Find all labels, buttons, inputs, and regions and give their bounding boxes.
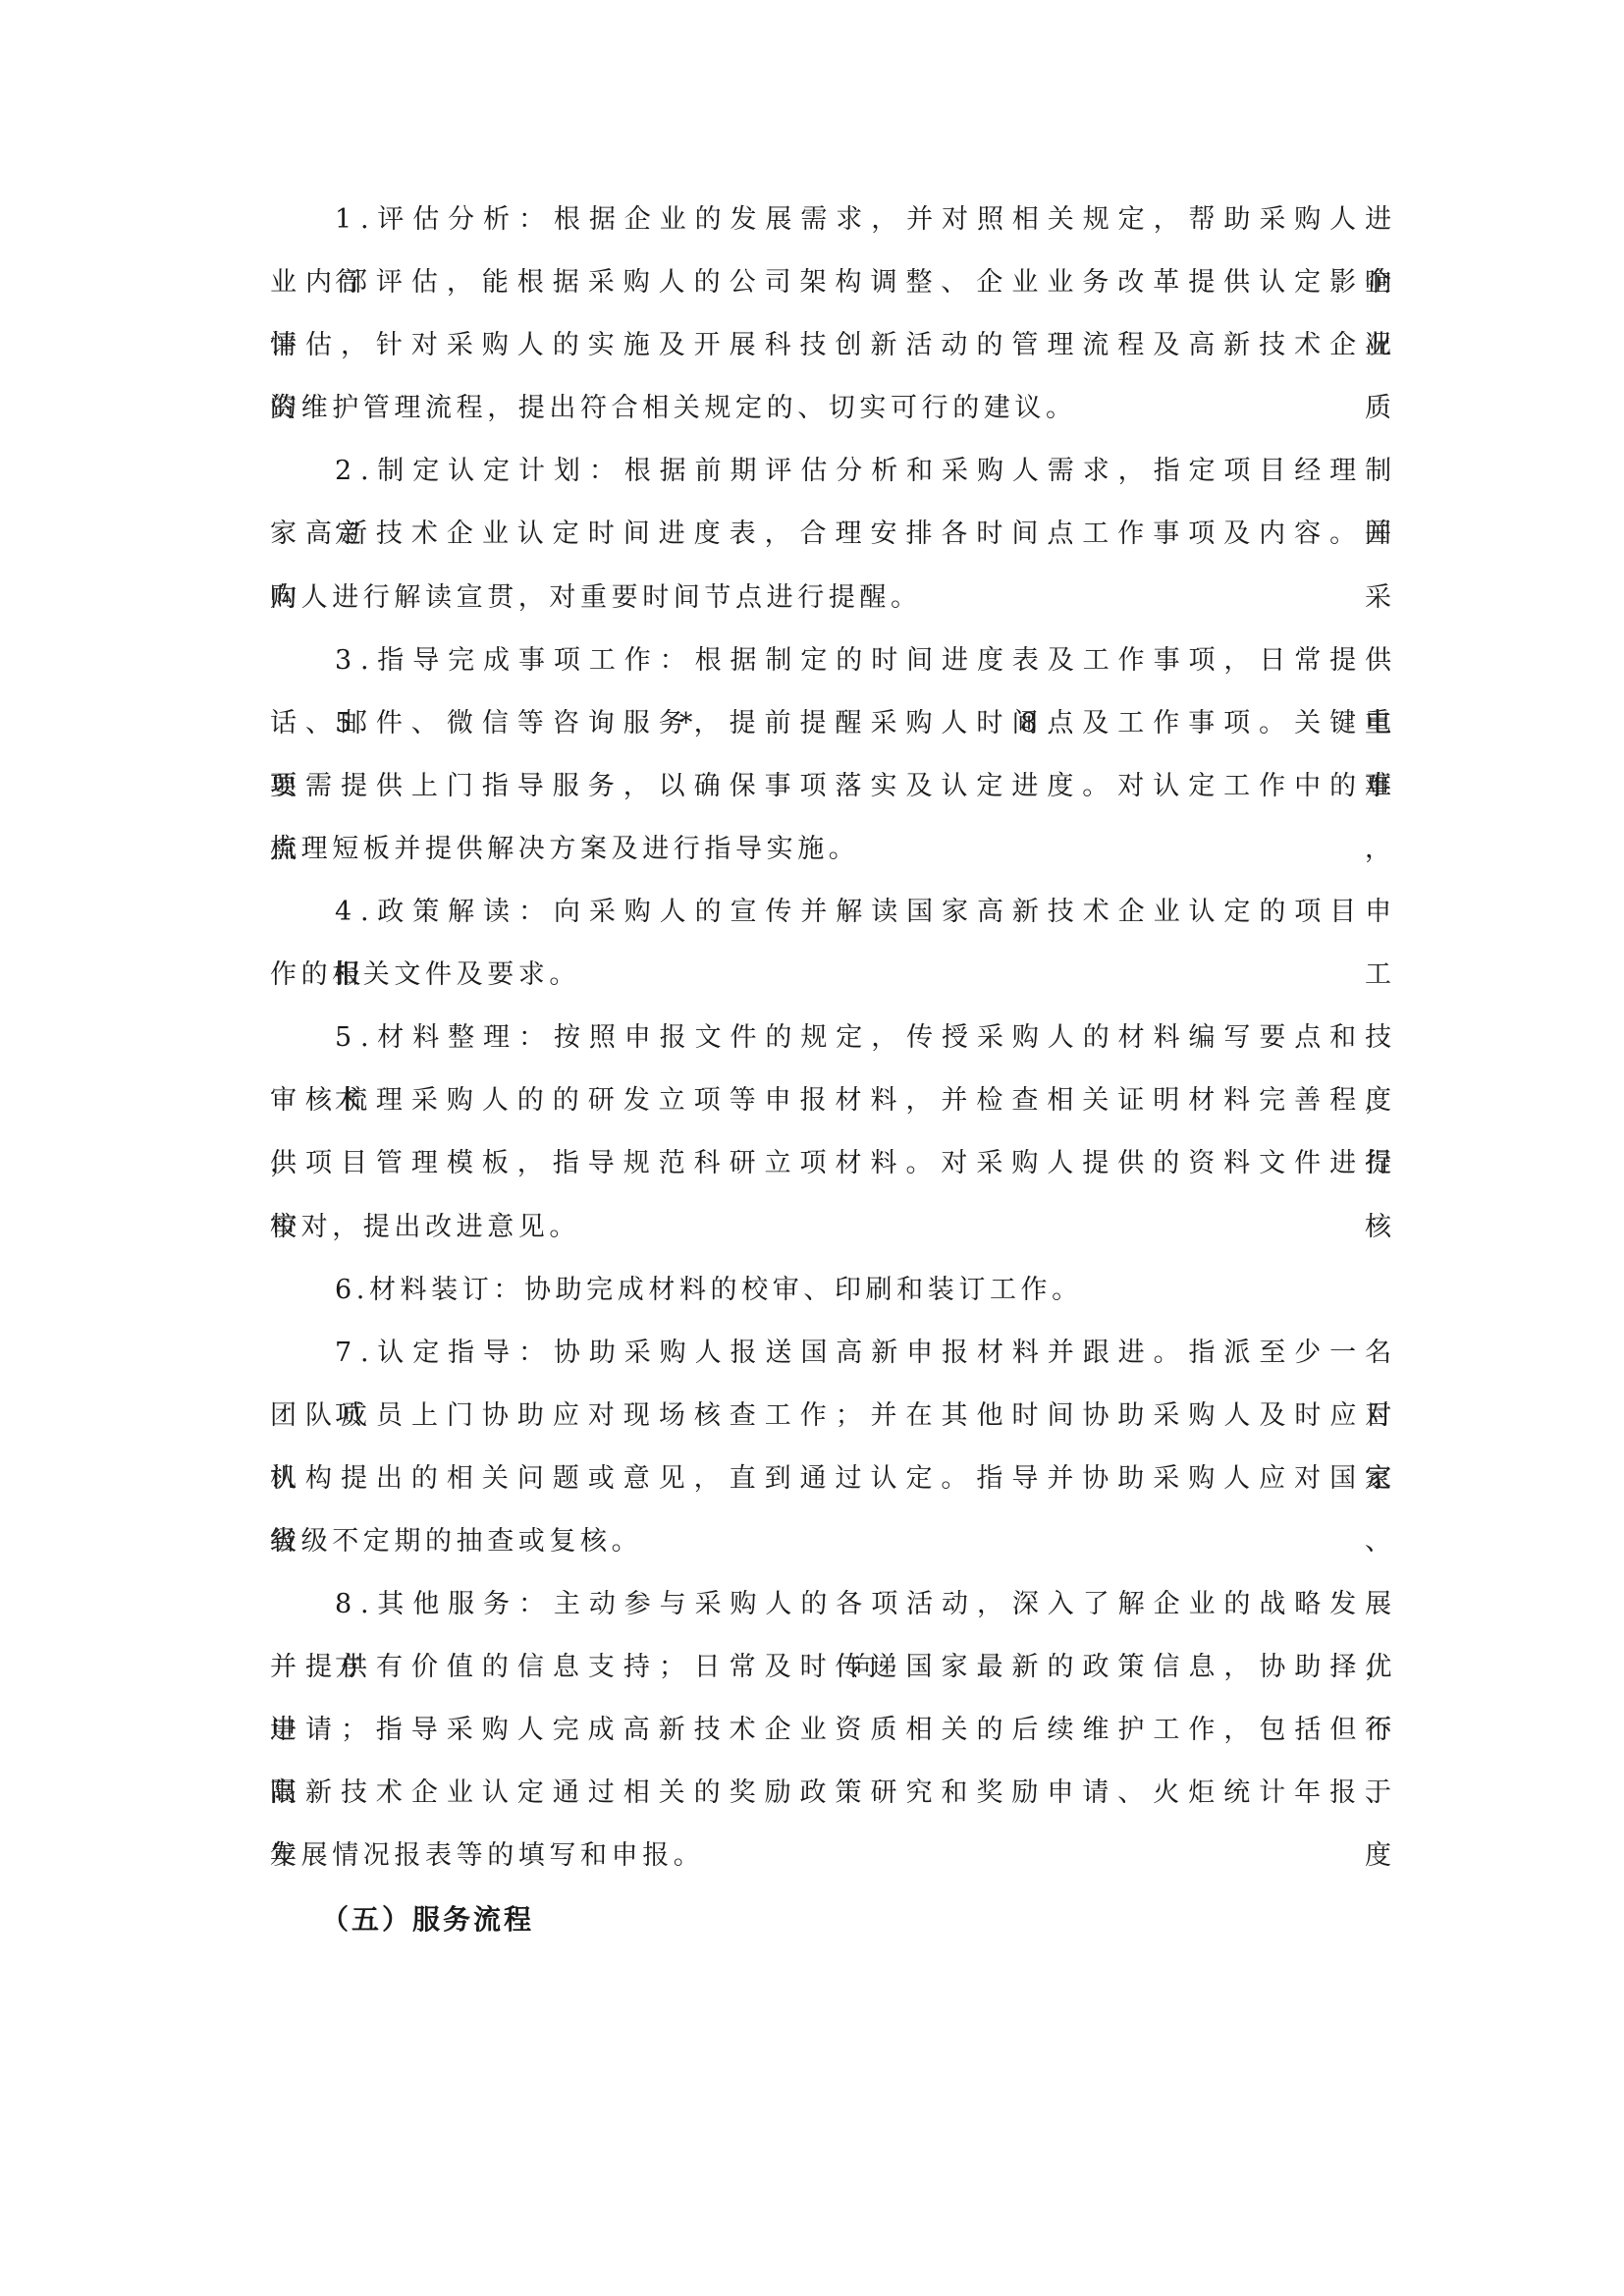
paragraph-line: 6.材料装订：协助完成材料的校审、印刷和装订工作。 (270, 1259, 1391, 1322)
paragraph-line: 申 请 ； 指 导 采 购 人 完 成 高 新 技 术 企 业 资 质 相 关 … (270, 1699, 1391, 1762)
paragraph-2-certification-plan: 2 . 制 定 认 定 计 划 ： 根 据 前 期 评 估 分 析 和 采 购 … (270, 440, 1391, 629)
document-page: 1 . 评 估 分 析 ： 根 据 企 业 的 发 展 需 求 ， 并 对 照 … (0, 0, 1624, 2296)
paragraph-4-policy-interpretation: 4 . 政 策 解 读 ： 向 采 购 人 的 宣 传 并 解 读 国 家 高 … (270, 881, 1391, 1007)
paragraph-line: 8 . 其 他 服 务 ： 主 动 参 与 采 购 人 的 各 项 活 动 ， … (270, 1573, 1391, 1636)
paragraph-line: 5 . 材 料 整 理 ： 按 照 申 报 文 件 的 规 定 ， 传 授 采 … (270, 1007, 1391, 1069)
document-body: 1 . 评 估 分 析 ： 根 据 企 业 的 发 展 需 求 ， 并 对 照 … (270, 189, 1391, 1951)
paragraph-1-evaluation-analysis: 1 . 评 估 分 析 ： 根 据 企 业 的 发 展 需 求 ， 并 对 照 … (270, 189, 1391, 440)
paragraph-7-certification-guidance: 7 . 认 定 指 导 ： 协 助 采 购 人 报 送 国 高 新 申 报 材 … (270, 1322, 1391, 1573)
paragraph-line: 家 高 新 技 术 企 业 认 定 时 间 进 度 表 ， 合 理 安 排 各 … (270, 503, 1391, 566)
paragraph-line: 审 核 梳 理 采 购 人 的 的 研 发 立 项 等 申 报 材 料 ， 并 … (270, 1069, 1391, 1132)
paragraph-line: 业 内 部 评 估 ， 能 根 据 采 购 人 的 公 司 架 构 调 整 、 … (270, 251, 1391, 314)
paragraph-5-material-preparation: 5 . 材 料 整 理 ： 按 照 申 报 文 件 的 规 定 ， 传 授 采 … (270, 1007, 1391, 1258)
paragraph-8-other-services: 8 . 其 他 服 务 ： 主 动 参 与 采 购 人 的 各 项 活 动 ， … (270, 1573, 1391, 1887)
paragraph-line: 项 需 提 供 上 门 指 导 服 务 ， 以 确 保 事 项 落 实 及 认 … (270, 755, 1391, 818)
paragraph-line: 话 、 邮 件 、 微 信 等 咨 询 服 务 ， 提 前 提 醒 采 购 人 … (270, 692, 1391, 755)
paragraph-line: 并 提 供 有 价 值 的 信 息 支 持 ； 日 常 及 时 传 递 国 家 … (270, 1636, 1391, 1699)
paragraph-line: 1 . 评 估 分 析 ： 根 据 企 业 的 发 展 需 求 ， 并 对 照 … (270, 189, 1391, 251)
paragraph-line: 7 . 认 定 指 导 ： 协 助 采 购 人 报 送 国 高 新 申 报 材 … (270, 1322, 1391, 1385)
paragraph-line: 高 新 技 术 企 业 认 定 通 过 相 关 的 奖 励 政 策 研 究 和 … (270, 1762, 1391, 1825)
paragraph-line: 2 . 制 定 认 定 计 划 ： 根 据 前 期 评 估 分 析 和 采 购 … (270, 440, 1391, 503)
paragraph-line: 团 队 成 员 上 门 协 助 应 对 现 场 核 查 工 作 ； 并 在 其 … (270, 1385, 1391, 1448)
paragraph-line: 供 项 目 管 理 模 板 ， 指 导 规 范 科 研 立 项 材 料 。 对 … (270, 1132, 1391, 1195)
paragraph-line: 评 估 ， 针 对 采 购 人 的 实 施 及 开 展 科 技 创 新 活 动 … (270, 314, 1391, 377)
paragraph-3-guidance-tasks: 3 . 指 导 完 成 事 项 工 作 ： 根 据 制 定 的 时 间 进 度 … (270, 629, 1391, 881)
paragraph-line: 4 . 政 策 解 读 ： 向 采 购 人 的 宣 传 并 解 读 国 家 高 … (270, 881, 1391, 944)
section-heading-service-process: （五）服务流程 (270, 1888, 1391, 1951)
paragraph-6-material-binding: 6.材料装订：协助完成材料的校审、印刷和装订工作。 (270, 1259, 1391, 1322)
paragraph-line: 机 构 提 出 的 相 关 问 题 或 意 见 ， 直 到 通 过 认 定 。 … (270, 1448, 1391, 1510)
paragraph-line: 3 . 指 导 完 成 事 项 工 作 ： 根 据 制 定 的 时 间 进 度 … (270, 629, 1391, 692)
